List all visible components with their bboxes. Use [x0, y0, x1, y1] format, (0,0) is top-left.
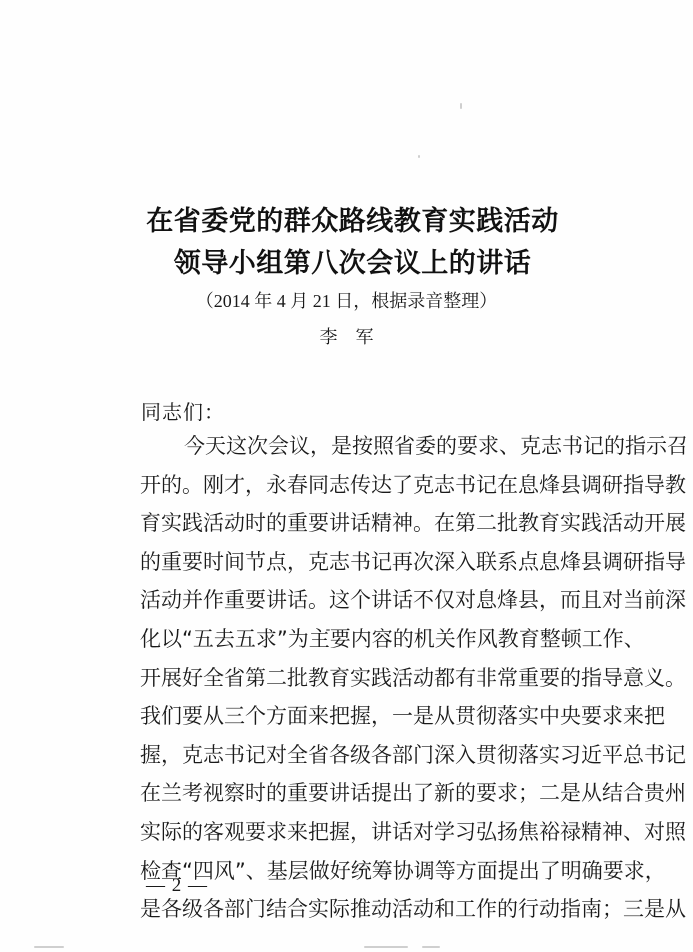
- body-line: 今天这次会议，是按照省委的要求、克志书记的指示召: [140, 427, 642, 466]
- scan-artifact: [34, 946, 64, 948]
- body-line: 化以“五去五求”为主要内容的机关作风教育整顿工作、: [140, 620, 642, 659]
- body-line: 实际的客观要求来把握，讲话对学习弘扬焦裕禄精神、对照: [140, 813, 642, 852]
- document-title-line-2: 领导小组第八次会议上的讲话: [6, 241, 693, 280]
- document-body: 今天这次会议，是按照省委的要求、克志书记的指示召 开的。刚才，永春同志传达了克志…: [140, 427, 642, 929]
- scan-artifact: [422, 946, 440, 948]
- body-line: 在兰考视察时的重要讲话提出了新的要求；二是从结合贵州: [140, 774, 642, 813]
- page-number: — 2 —: [146, 875, 208, 897]
- body-line: 育实践活动时的重要讲话精神。在第二批教育实践活动开展: [140, 504, 642, 543]
- body-line: 开的。刚才，永春同志传达了克志书记在息烽县调研指导教: [140, 466, 642, 505]
- scan-artifact: [364, 946, 408, 948]
- body-line: 检查“四风”、基层做好统筹协调等方面提出了明确要求，: [140, 852, 642, 891]
- document-title-line-1: 在省委党的群众路线教育实践活动: [6, 199, 693, 238]
- document-author: 李军: [0, 323, 693, 349]
- body-line: 是各级各部门结合实际推动活动和工作的行动指南；三是从: [140, 890, 642, 929]
- body-line: 的重要时间节点，克志书记再次深入联系点息烽县调研指导: [140, 543, 642, 582]
- body-line: 开展好全省第二批教育实践活动都有非常重要的指导意义。: [140, 659, 642, 698]
- salutation: 同志们：: [141, 396, 225, 425]
- body-line: 我们要从三个方面来把握，一是从贯彻落实中央要求来把: [140, 697, 642, 736]
- scan-artifact: [418, 155, 420, 158]
- document-subtitle-date: （2014 年 4 月 21 日，根据录音整理）: [0, 287, 693, 313]
- scan-artifact: [460, 103, 462, 109]
- scan-artifact: [326, 629, 330, 631]
- body-line: 活动并作重要讲话。这个讲话不仅对息烽县，而且对当前深: [140, 581, 642, 620]
- body-line: 握，克志书记对全省各级各部门深入贯彻落实习近平总书记: [140, 736, 642, 775]
- document-page: 在省委党的群众路线教育实践活动 领导小组第八次会议上的讲话 （2014 年 4 …: [0, 0, 693, 952]
